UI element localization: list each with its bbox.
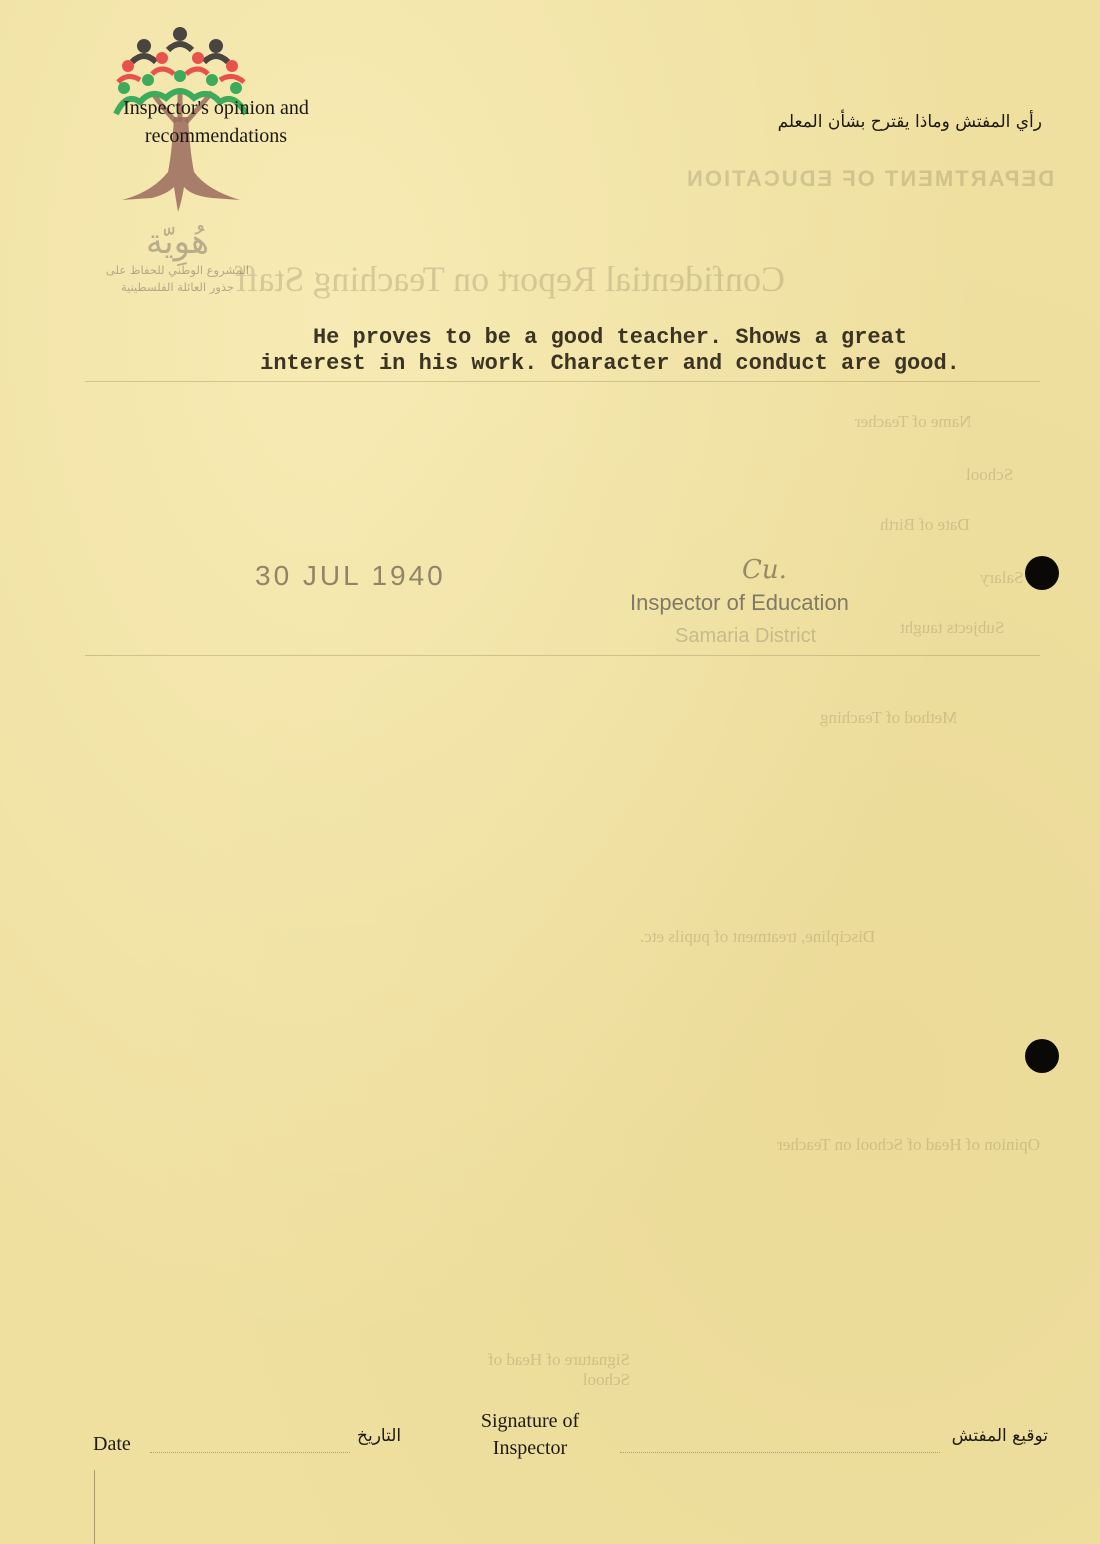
signature-label-ar: توقيع المفتش [952,1426,1048,1446]
stamp-district: Samaria District [675,625,816,648]
ghost-field-label: Discipline, treatment of pupils etc. [640,927,875,947]
ghost-field-label: Signature of Head of School [470,1350,630,1390]
ghost-field-label: Salary [980,568,1023,588]
ghost-field-label: Method of Teaching [820,708,957,728]
ghost-field-label: Opinion of Head of School on Teacher [720,1135,1040,1155]
watermark-word: هُوِيّة [95,222,260,262]
divider [85,381,1040,382]
date-field[interactable] [150,1452,350,1453]
stamp-inspector-title: Inspector of Education [630,590,849,616]
punch-hole-icon [1025,556,1059,590]
date-label-ar: التاريخ [357,1426,401,1446]
divider [85,655,1040,656]
ghost-field-label: School [966,465,1013,485]
signature-label: Signature of Inspector [455,1408,605,1462]
remarks-line-2: interest in his work. Character and cond… [205,351,1015,377]
ghost-field-label: Subjects taught [900,618,1004,638]
ghost-report-title: Confidential Report on Teaching Staff [235,258,785,300]
ghost-field-label: Date of Birth [880,515,970,535]
inspector-remarks: He proves to be a good teacher. Shows a … [205,325,1015,377]
punch-hole-icon [1025,1039,1059,1073]
inspector-initials: Cu. [742,555,787,585]
inspector-opinion-label: Inspector's opinion and recommendations [86,94,346,150]
remarks-line-1: He proves to be a good teacher. Shows a … [205,325,1015,351]
ghost-department-heading: DEPARTMENT OF EDUCATION [685,166,1054,192]
signature-field[interactable] [620,1452,940,1453]
inspector-opinion-label-line2: recommendations [86,122,346,150]
date-label: Date [93,1433,131,1456]
ghost-field-label: Name of Teacher [855,412,972,432]
inspector-opinion-label-line1: Inspector's opinion and [86,94,346,122]
signature-label-line1: Signature of [455,1408,605,1435]
date-stamp: 30 JUL 1940 [255,560,446,592]
signature-label-line2: Inspector [455,1435,605,1462]
margin-line [94,1470,95,1544]
inspector-opinion-label-ar: رأي المفتش وماذا يقترح بشأن المعلم [778,112,1042,132]
